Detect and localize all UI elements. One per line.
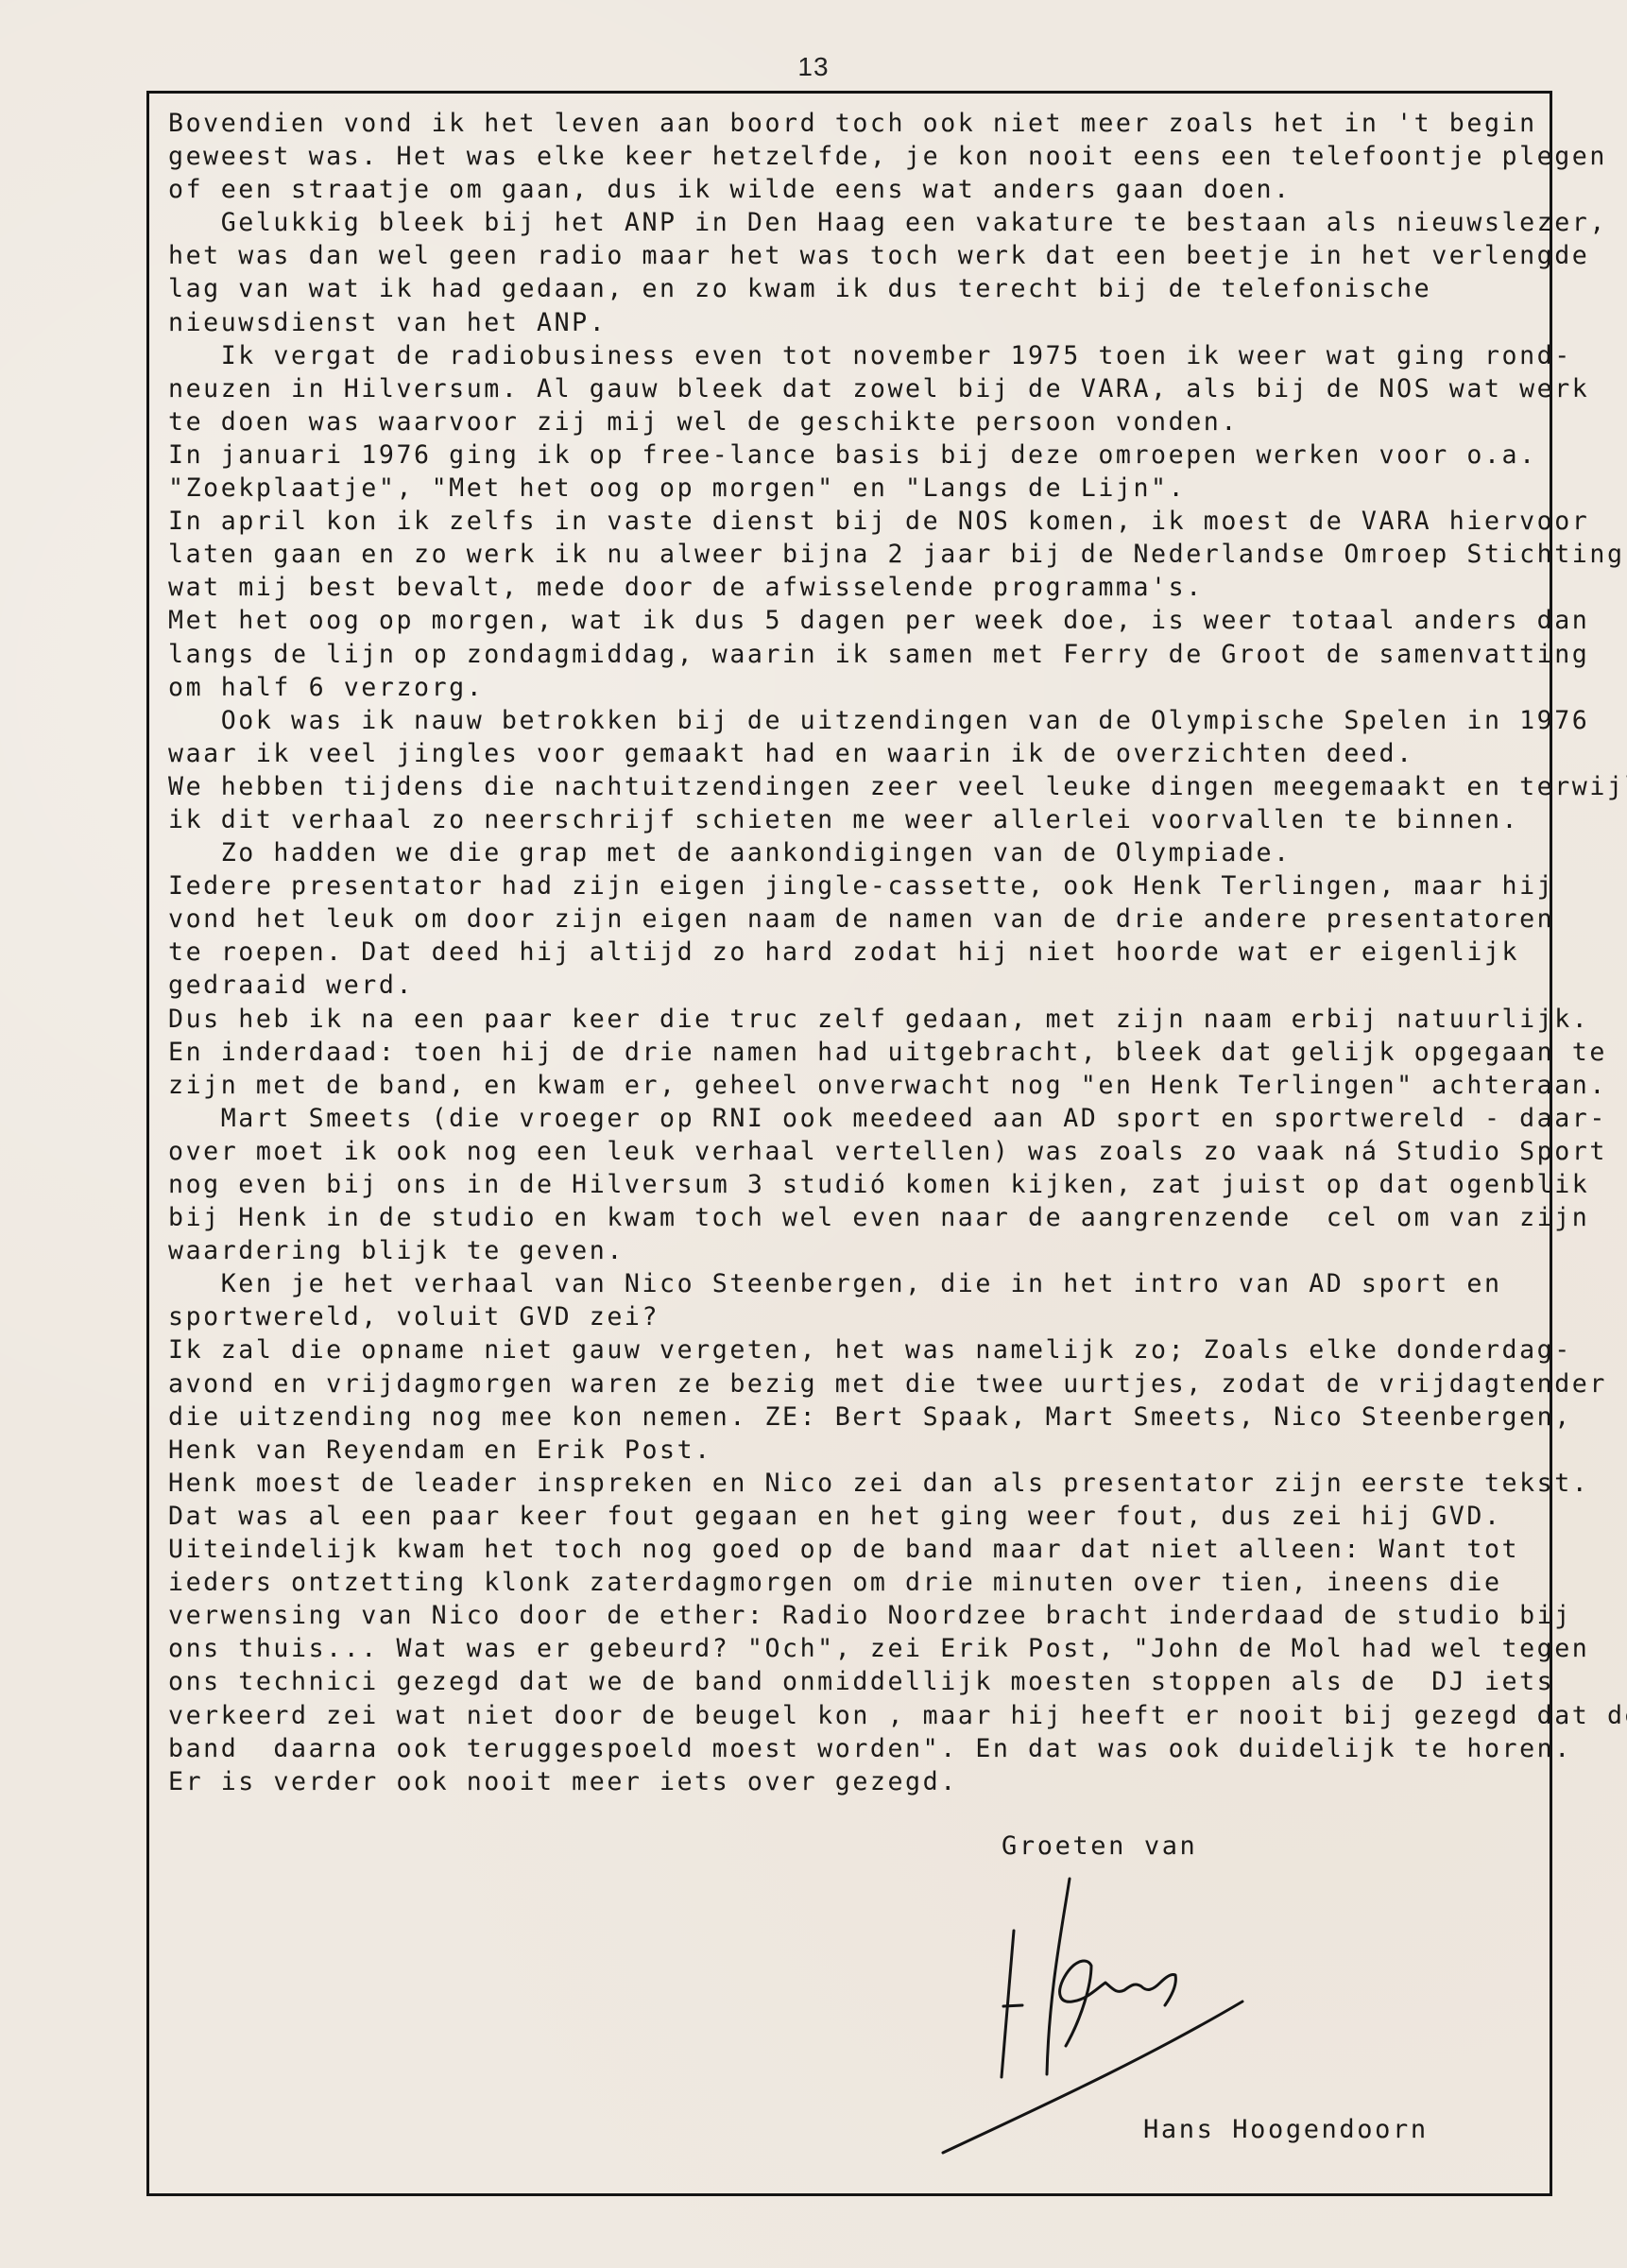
letter-line: geweest was. Het was elke keer hetzelfde… (168, 140, 1527, 173)
letter-line: of een straatje om gaan, dus ik wilde ee… (168, 173, 1527, 206)
letter-line: te doen was waarvoor zij mij wel de gesc… (168, 405, 1527, 438)
letter-line: Uiteindelijk kwam het toch nog goed op d… (168, 1533, 1527, 1566)
letter-line: Er is verder ook nooit meer iets over ge… (168, 1765, 1527, 1798)
letter-line: te roepen. Dat deed hij altijd zo hard z… (168, 936, 1527, 969)
letter-line: ik dit verhaal zo neerschrijf schieten m… (168, 803, 1527, 836)
letter-line: Ook was ik nauw betrokken bij de uitzend… (168, 704, 1527, 737)
letter-line: Henk van Reyendam en Erik Post. (168, 1434, 1527, 1467)
letter-line: verwensing van Nico door de ether: Radio… (168, 1599, 1527, 1632)
letter-line: Dat was al een paar keer fout gegaan en … (168, 1500, 1527, 1533)
letter-line: zijn met de band, en kwam er, geheel onv… (168, 1069, 1527, 1102)
letter-line: We hebben tijdens die nachtuitzendingen … (168, 770, 1527, 803)
letter-line: waardering blijk te geven. (168, 1234, 1527, 1267)
letter-line: sportwereld, voluit GVD zei? (168, 1300, 1527, 1333)
letter-line: bij Henk in de studio en kwam toch wel e… (168, 1201, 1527, 1234)
letter-line: In januari 1976 ging ik op free-lance ba… (168, 438, 1527, 472)
letter-line: Bovendien vond ik het leven aan boord to… (168, 107, 1527, 140)
letter-line: Zo hadden we die grap met de aankondigin… (168, 836, 1527, 869)
letter-line: avond en vrijdagmorgen waren ze bezig me… (168, 1367, 1527, 1400)
letter-line: waar ik veel jingles voor gemaakt had en… (168, 737, 1527, 770)
letter-line: "Zoekplaatje", "Met het oog op morgen" e… (168, 472, 1527, 505)
handwritten-signature (898, 1824, 1559, 2202)
letter-line: langs de lijn op zondagmiddag, waarin ik… (168, 638, 1527, 671)
letter-line: Dus heb ik na een paar keer die truc zel… (168, 1003, 1527, 1036)
letter-line: Ik vergat de radiobusiness even tot nove… (168, 339, 1527, 372)
letter-line: gedraaid werd. (168, 969, 1527, 1002)
letter-line: neuzen in Hilversum. Al gauw bleek dat z… (168, 372, 1527, 405)
letter-line: nog even bij ons in de Hilversum 3 studi… (168, 1168, 1527, 1201)
letter-line: lag van wat ik had gedaan, en zo kwam ik… (168, 272, 1527, 305)
letter-line: verkeerd zei wat niet door de beugel kon… (168, 1699, 1527, 1732)
letter-line: Henk moest de leader inspreken en Nico z… (168, 1467, 1527, 1500)
letter-line: nieuwsdienst van het ANP. (168, 306, 1527, 339)
letter-line: Mart Smeets (die vroeger op RNI ook meed… (168, 1102, 1527, 1135)
letter-line: Ken je het verhaal van Nico Steenbergen,… (168, 1267, 1527, 1300)
letter-line: het was dan wel geen radio maar het was … (168, 239, 1527, 272)
signer-name: Hans Hoogendoorn (1143, 2115, 1429, 2144)
page-number: 13 (0, 52, 1627, 82)
letter-line: Iedere presentator had zijn eigen jingle… (168, 869, 1527, 902)
letter-line: die uitzending nog mee kon nemen. ZE: Be… (168, 1400, 1527, 1434)
letter-line: ons thuis... Wat was er gebeurd? "Och", … (168, 1632, 1527, 1665)
letter-line: om half 6 verzorg. (168, 671, 1527, 704)
letter-line: In april kon ik zelfs in vaste dienst bi… (168, 505, 1527, 538)
letter-body: Bovendien vond ik het leven aan boord to… (168, 107, 1527, 1798)
letter-line: ons technici gezegd dat we de band onmid… (168, 1665, 1527, 1698)
letter-line: Ik zal die opname niet gauw vergeten, he… (168, 1333, 1527, 1366)
letter-line: over moet ik ook nog een leuk verhaal ve… (168, 1135, 1527, 1168)
letter-line: En inderdaad: toen hij de drie namen had… (168, 1036, 1527, 1069)
letter-line: laten gaan en zo werk ik nu alweer bijna… (168, 538, 1527, 571)
letter-line: vond het leuk om door zijn eigen naam de… (168, 902, 1527, 936)
letter-line: Met het oog op morgen, wat ik dus 5 dage… (168, 604, 1527, 637)
letter-line: ieders ontzetting klonk zaterdagmorgen o… (168, 1566, 1527, 1599)
letter-line: band daarna ook teruggespoeld moest word… (168, 1732, 1527, 1765)
letter-line: wat mij best bevalt, mede door de afwiss… (168, 571, 1527, 604)
letter-line: Gelukkig bleek bij het ANP in Den Haag e… (168, 206, 1527, 239)
